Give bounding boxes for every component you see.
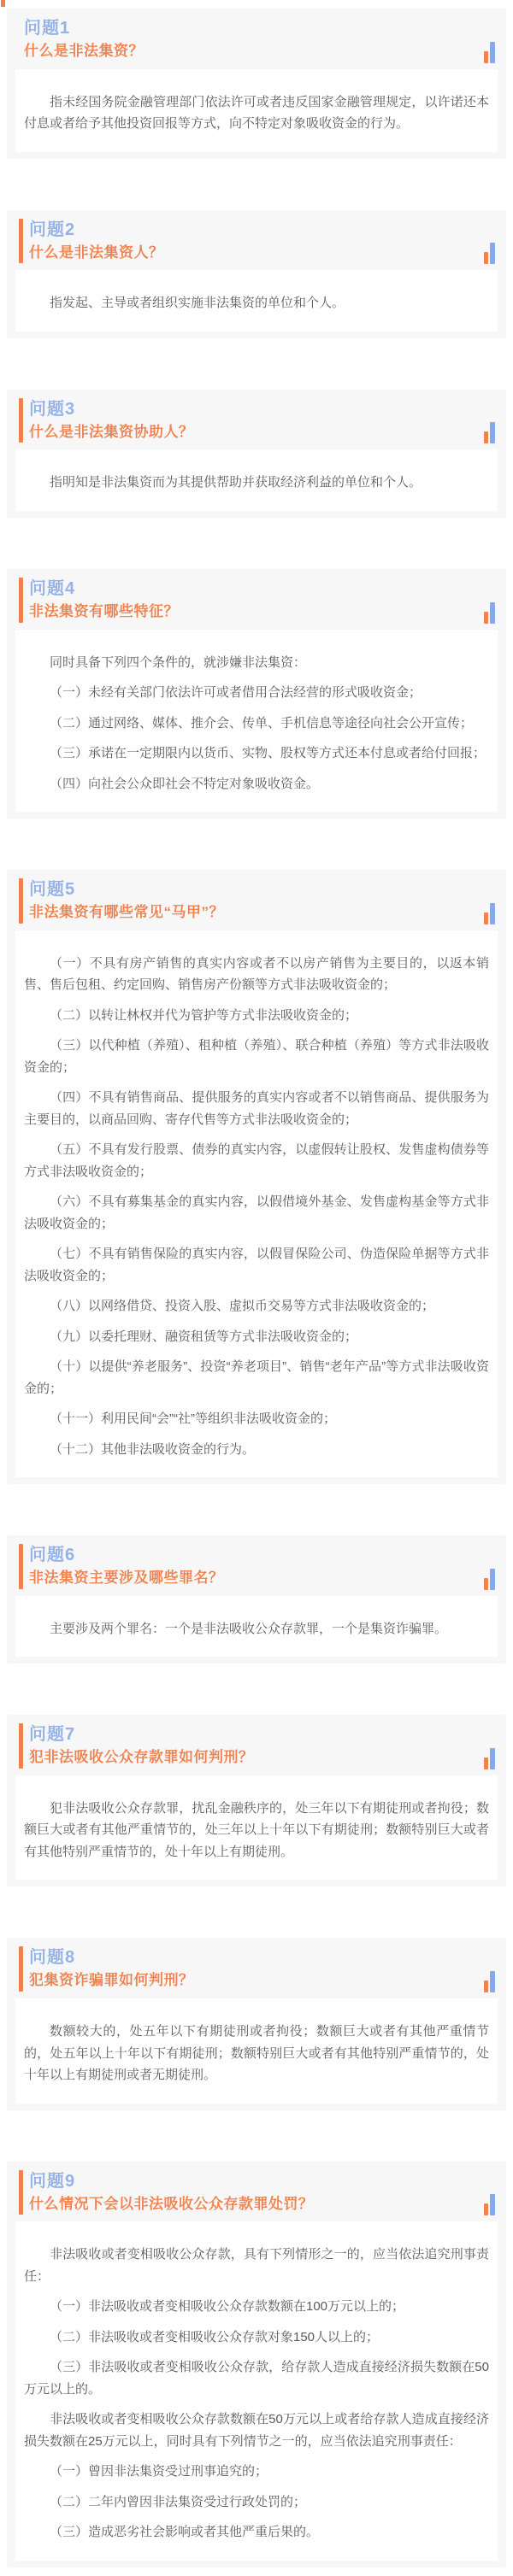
answer-paragraph: （三）非法吸收或者变相吸收公众存款，给存款人造成直接经济损失数额在50万元以上的…	[24, 2356, 489, 2400]
bar-chart-icon-blue-bar	[490, 42, 495, 63]
bar-chart-icon-blue-bar	[490, 1748, 495, 1769]
accent-bar	[19, 219, 23, 264]
accent-bar	[19, 2170, 23, 2215]
answer-paragraph: （一）未经有关部门依法许可或者借用合法经营的形式吸收资金；	[24, 682, 489, 704]
faq-card: 问题4 非法集资有哪些特征？ 同时具备下列四个条件的，就涉嫌非法集资：（一）未经…	[7, 569, 506, 819]
bar-chart-icon-blue-bar	[490, 1569, 495, 1590]
answer-paragraph: 同时具备下列四个条件的，就涉嫌非法集资：	[24, 652, 489, 674]
bar-chart-icon	[484, 1971, 495, 1992]
answer-paragraph: （一）不具有房产销售的真实内容或者不以房产销售为主要目的，以返本销售、售后包租、…	[24, 953, 489, 996]
bar-chart-icon	[484, 1748, 495, 1769]
faq-card-header: 问题6 非法集资主要涉及哪些罪名？	[7, 1535, 506, 1596]
bar-chart-icon	[484, 42, 495, 63]
faq-card: 问题6 非法集资主要涉及哪些罪名？ 主要涉及两个罪名：一个是非法吸收公众存款罪，…	[7, 1535, 506, 1664]
question-title: 非法集资有哪些特征？	[29, 601, 472, 623]
answer-paragraph: 犯非法吸收公众存款罪，扰乱金融秩序的，处三年以下有期徒刑或者拘役；数额巨大或者有…	[24, 1798, 489, 1863]
question-title: 什么是非法集资？	[24, 41, 472, 62]
question-number: 问题3	[29, 398, 472, 420]
faq-card-titles: 问题1 什么是非法集资？	[24, 17, 472, 62]
bar-chart-icon-orange-bar	[484, 431, 488, 443]
answer-paragraph: （二）二年内曾因非法集资受过行政处罚的；	[24, 2491, 489, 2514]
faq-card-titles: 问题4 非法集资有哪些特征？	[29, 578, 472, 623]
faq-card-header: 问题2 什么是非法集资人？	[7, 210, 506, 271]
answer-paragraph: （一）非法吸收或者变相吸收公众存款数额在100万元以上的；	[24, 2296, 489, 2318]
faq-article: 问题1 什么是非法集资？ 指未经国务院金融管理部门依法许可或者违反国家金融管理规…	[0, 0, 513, 2567]
question-number: 问题7	[29, 1723, 472, 1746]
accent-bar	[19, 1946, 23, 1992]
faq-card-header: 问题9 什么情况下会以非法吸收公众存款罪处罚？	[7, 2162, 506, 2222]
answer-paragraph: （十一）利用民间“会”“社”等组织非法吸收资金的；	[24, 1408, 489, 1430]
answer-paragraph: 非法吸收或者变相吸收公众存款数额在50万元以上或者给存款人造成直接经济损失数额在…	[24, 2409, 489, 2452]
answer-paragraph: 主要涉及两个罪名：一个是非法吸收公众存款罪，一个是集资诈骗罪。	[24, 1618, 489, 1640]
faq-card: 问题7 犯非法吸收公众存款罪如何判刑？ 犯非法吸收公众存款罪，扰乱金融秩序的，处…	[7, 1715, 506, 1887]
bar-chart-icon-orange-bar	[484, 51, 488, 63]
answer-paragraph: （二）通过网络、媒体、推介会、传单、手机信息等途径向社会公开宣传；	[24, 713, 489, 735]
faq-card-titles: 问题2 什么是非法集资人？	[29, 219, 472, 264]
answer-paragraph: 非法吸收或者变相吸收公众存款，具有下列情形之一的，应当依法追究刑事责任：	[24, 2244, 489, 2287]
answer-body: 数额较大的，处五年以下有期徒刑或者拘役；数额巨大或者有其他严重情节的，处五年以上…	[15, 1998, 498, 2104]
bar-chart-icon	[484, 903, 495, 924]
faq-card: 问题3 什么是非法集资协助人？ 指明知是非法集资而为其提供帮助并获取经济利益的单…	[7, 390, 506, 518]
bar-chart-icon-orange-bar	[484, 2203, 488, 2215]
bar-chart-icon-blue-bar	[490, 243, 495, 264]
faq-card: 问题1 什么是非法集资？ 指未经国务院金融管理部门依法许可或者违反国家金融管理规…	[7, 9, 506, 159]
faq-card: 问题2 什么是非法集资人？ 指发起、主导或者组织实施非法集资的单位和个人。	[7, 210, 506, 338]
question-title: 非法集资主要涉及哪些罪名？	[29, 1568, 472, 1589]
answer-body: 指明知是非法集资而为其提供帮助并获取经济利益的单位和个人。	[15, 449, 498, 511]
faq-card-titles: 问题6 非法集资主要涉及哪些罪名？	[29, 1544, 472, 1589]
answer-paragraph: 数额较大的，处五年以下有期徒刑或者拘役；数额巨大或者有其他严重情节的，处五年以上…	[24, 2021, 489, 2086]
faq-card-titles: 问题8 犯集资诈骗罪如何判刑？	[29, 1946, 472, 1992]
question-number: 问题6	[29, 1544, 472, 1566]
accent-bar	[19, 398, 23, 443]
question-number: 问题8	[29, 1946, 472, 1969]
faq-card: 问题5 非法集资有哪些常见“马甲”？ （一）不具有房产销售的真实内容或者不以房产…	[7, 870, 506, 1484]
clipped-accent-bar-fragment	[1, 0, 5, 7]
question-title: 什么情况下会以非法吸收公众存款罪处罚？	[29, 2194, 472, 2215]
bar-chart-icon	[484, 243, 495, 264]
faq-card-header: 问题1 什么是非法集资？	[7, 9, 506, 69]
bar-chart-icon-orange-bar	[484, 252, 488, 264]
answer-paragraph: （三）承诺在一定期限内以货币、实物、股权等方式还本付息或者给付回报；	[24, 742, 489, 765]
question-title: 什么是非法集资人？	[29, 243, 472, 264]
question-title: 犯非法吸收公众存款罪如何判刑？	[29, 1747, 472, 1769]
answer-body: 同时具备下列四个条件的，就涉嫌非法集资：（一）未经有关部门依法许可或者借用合法经…	[15, 630, 498, 813]
bar-chart-icon-blue-bar	[490, 1971, 495, 1992]
answer-body: 指发起、主导或者组织实施非法集资的单位和个人。	[15, 270, 498, 332]
bar-chart-icon-orange-bar	[484, 1980, 488, 1992]
faq-card-header: 问题7 犯非法吸收公众存款罪如何判刑？	[7, 1715, 506, 1775]
faq-card-titles: 问题3 什么是非法集资协助人？	[29, 398, 472, 443]
answer-paragraph: （七）不具有销售保险的真实内容，以假冒保险公司、伪造保险单据等方式非法吸收资金的…	[24, 1243, 489, 1287]
bar-chart-icon-blue-bar	[490, 2194, 495, 2215]
answer-paragraph: （二）非法吸收或者变相吸收公众存款对象150人以上的；	[24, 2327, 489, 2349]
question-number: 问题5	[29, 878, 472, 901]
faq-card-header: 问题3 什么是非法集资协助人？	[7, 390, 506, 450]
faq-card-titles: 问题5 非法集资有哪些常见“马甲”？	[29, 878, 472, 924]
answer-paragraph: （六）不具有募集基金的真实内容，以假借境外基金、发售虚构基金等方式非法吸收资金的…	[24, 1191, 489, 1235]
question-title: 什么是非法集资协助人？	[29, 422, 472, 443]
question-number: 问题1	[24, 17, 472, 39]
faq-card: 问题9 什么情况下会以非法吸收公众存款罪处罚？ 非法吸收或者变相吸收公众存款，具…	[7, 2162, 506, 2567]
answer-paragraph: （二）以转让林权并代为管护等方式非法吸收资金的；	[24, 1005, 489, 1027]
accent-bar	[19, 578, 23, 623]
bar-chart-icon-orange-bar	[484, 612, 488, 624]
bar-chart-icon-orange-bar	[484, 1757, 488, 1769]
accent-bar	[19, 1723, 23, 1769]
accent-bar	[19, 1544, 23, 1589]
faq-card-header: 问题8 犯集资诈骗罪如何判刑？	[7, 1938, 506, 1998]
question-number: 问题4	[29, 578, 472, 600]
faq-card-header: 问题4 非法集资有哪些特征？	[7, 569, 506, 630]
answer-paragraph: （十）以提供“养老服务”、投资“养老项目”、销售“老年产品”等方式非法吸收资金的…	[24, 1356, 489, 1399]
answer-body: （一）不具有房产销售的真实内容或者不以房产销售为主要目的，以返本销售、售后包租、…	[15, 930, 498, 1478]
bar-chart-icon-orange-bar	[484, 1578, 488, 1590]
question-number: 问题9	[29, 2170, 472, 2192]
accent-bar	[19, 878, 23, 924]
answer-paragraph: （五）不具有发行股票、债券的真实内容，以虚假转让股权、发售虚构债券等方式非法吸收…	[24, 1139, 489, 1182]
faq-card-titles: 问题9 什么情况下会以非法吸收公众存款罪处罚？	[29, 2170, 472, 2215]
question-title: 非法集资有哪些常见“马甲”？	[29, 902, 472, 924]
answer-body: 犯非法吸收公众存款罪，扰乱金融秩序的，处三年以下有期徒刑或者拘役；数额巨大或者有…	[15, 1775, 498, 1881]
answer-body: 指未经国务院金融管理部门依法许可或者违反国家金融管理规定，以许诺还本付息或者给予…	[15, 69, 498, 152]
bar-chart-icon	[484, 422, 495, 443]
faq-card-header: 问题5 非法集资有哪些常见“马甲”？	[7, 870, 506, 930]
answer-paragraph: 指未经国务院金融管理部门依法许可或者违反国家金融管理规定，以许诺还本付息或者给予…	[24, 91, 489, 135]
answer-paragraph: （四）不具有销售商品、提供服务的真实内容或者不以销售商品、提供服务为主要目的，以…	[24, 1087, 489, 1130]
answer-paragraph: （一）曾因非法集资受过刑事追究的；	[24, 2461, 489, 2483]
answer-paragraph: （四）向社会公众即社会不特定对象吸收资金。	[24, 773, 489, 795]
answer-body: 非法吸收或者变相吸收公众存款，具有下列情形之一的，应当依法追究刑事责任：（一）非…	[15, 2221, 498, 2561]
answer-paragraph: 指明知是非法集资而为其提供帮助并获取经济利益的单位和个人。	[24, 472, 489, 494]
bar-chart-icon-orange-bar	[484, 912, 488, 924]
answer-body: 主要涉及两个罪名：一个是非法吸收公众存款罪，一个是集资诈骗罪。	[15, 1596, 498, 1658]
answer-paragraph: （三）造成恶劣社会影响或者其他严重后果的。	[24, 2521, 489, 2544]
answer-paragraph: （十二）其他非法吸收资金的行为。	[24, 1439, 489, 1461]
answer-paragraph: （三）以代种植（养殖）、租种植（养殖）、联合种植（养殖）等方式非法吸收资金的；	[24, 1035, 489, 1078]
faq-card-titles: 问题7 犯非法吸收公众存款罪如何判刑？	[29, 1723, 472, 1769]
answer-paragraph: （九）以委托理财、融资租赁等方式非法吸收资金的；	[24, 1326, 489, 1348]
question-number: 问题2	[29, 219, 472, 241]
bar-chart-icon-blue-bar	[490, 903, 495, 924]
answer-paragraph: （八）以网络借贷、投资入股、虚拟币交易等方式非法吸收资金的；	[24, 1295, 489, 1317]
bar-chart-icon	[484, 602, 495, 624]
bar-chart-icon	[484, 2194, 495, 2215]
bar-chart-icon-blue-bar	[490, 602, 495, 624]
answer-paragraph: 指发起、主导或者组织实施非法集资的单位和个人。	[24, 292, 489, 314]
question-title: 犯集资诈骗罪如何判刑？	[29, 1970, 472, 1992]
bar-chart-icon	[484, 1569, 495, 1590]
faq-card: 问题8 犯集资诈骗罪如何判刑？ 数额较大的，处五年以下有期徒刑或者拘役；数额巨大…	[7, 1938, 506, 2110]
bar-chart-icon-blue-bar	[490, 422, 495, 443]
